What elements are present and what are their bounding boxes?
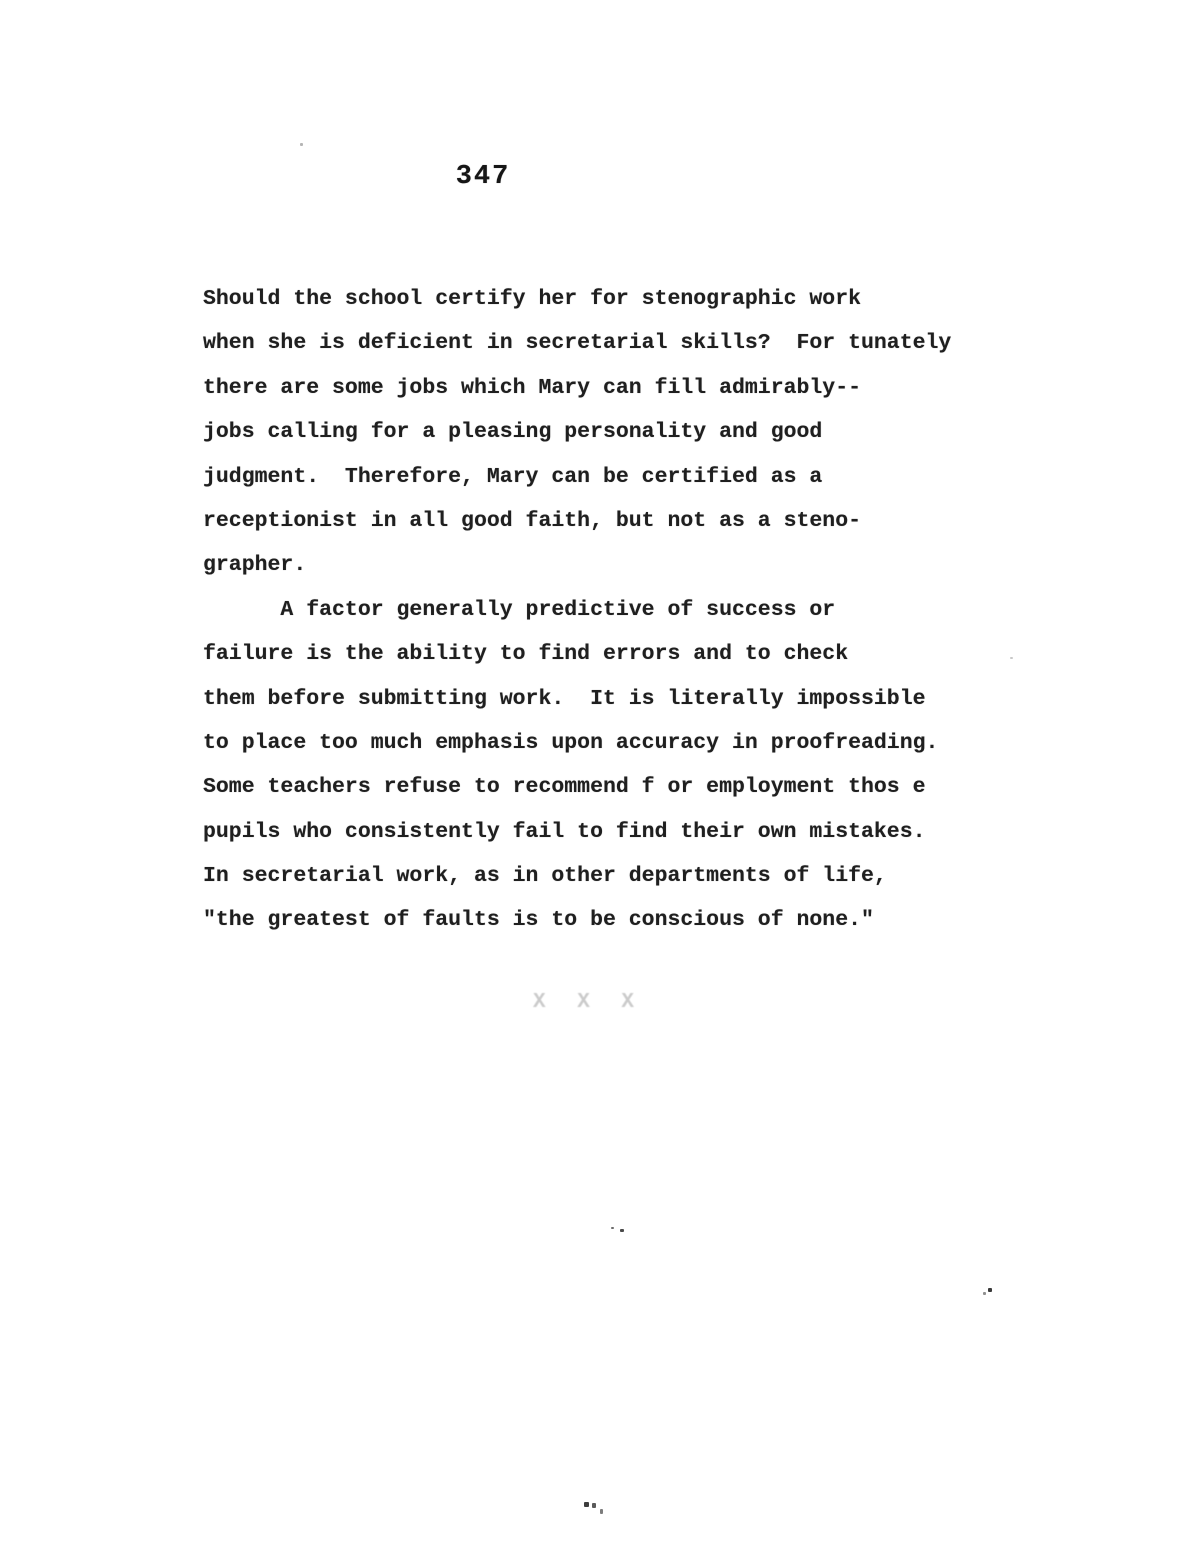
- text-line: jobs calling for a pleasing personality …: [203, 410, 1003, 454]
- typewritten-text-block: Should the school certify her for stenog…: [203, 277, 1003, 943]
- scanned-document-page: 347 Should the school certify her for st…: [0, 0, 1200, 1543]
- text-line: "the greatest of faults is to be conscio…: [203, 898, 1003, 942]
- text-line: Should the school certify her for stenog…: [203, 277, 1003, 321]
- text-line: to place too much emphasis upon accuracy…: [203, 721, 1003, 765]
- scan-speck: [611, 1227, 614, 1229]
- scan-speck: [620, 1229, 624, 1232]
- text-line: them before submitting work. It is liter…: [203, 677, 1003, 721]
- scan-speck: [1010, 657, 1013, 659]
- text-line: In secretarial work, as in other departm…: [203, 854, 1003, 898]
- scan-speck: [600, 1509, 603, 1514]
- text-line: there are some jobs which Mary can fill …: [203, 366, 1003, 410]
- scan-speck: [584, 1502, 589, 1507]
- text-line: grapher.: [203, 543, 1003, 587]
- text-line: failure is the ability to find errors an…: [203, 632, 1003, 676]
- scan-speck: [988, 1288, 992, 1292]
- scan-speck: [592, 1503, 596, 1508]
- text-line: pupils who consistently fail to find the…: [203, 810, 1003, 854]
- text-line: judgment. Therefore, Mary can be certifi…: [203, 455, 1003, 499]
- text-line: A factor generally predictive of success…: [203, 588, 1003, 632]
- page-number: 347: [0, 162, 966, 192]
- scan-speck: [983, 1292, 986, 1295]
- text-line: when she is deficient in secretarial ski…: [203, 321, 1003, 365]
- text-line: receptionist in all good faith, but not …: [203, 499, 1003, 543]
- text-line: Some teachers refuse to recommend f or e…: [203, 765, 1003, 809]
- scan-speck: [300, 143, 303, 146]
- end-mark-xxx: X X X: [533, 991, 640, 1014]
